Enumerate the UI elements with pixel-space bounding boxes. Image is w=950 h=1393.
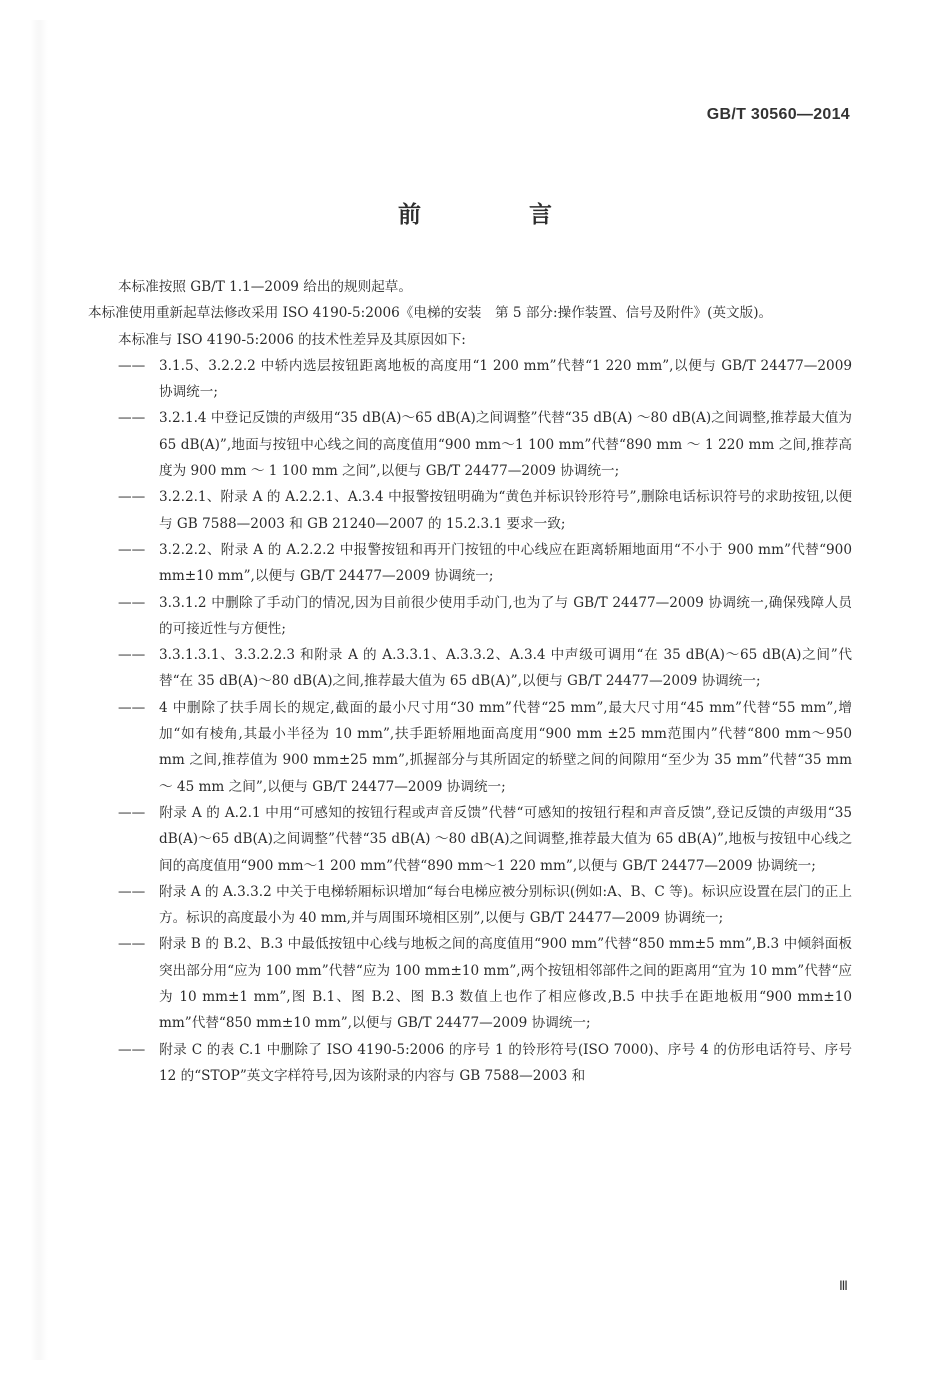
- dash-bullet: ——: [118, 695, 159, 721]
- dash-bullet: ——: [118, 537, 159, 563]
- list-item: ——附录 A 的 A.2.1 中用“可感知的按钮行程或声音反馈”代替“可感知的按…: [159, 800, 852, 879]
- list-item-text: 3.2.2.2、附录 A 的 A.2.2.2 中报警按钮和再开门按钮的中心线应在…: [159, 542, 852, 584]
- dash-bullet: ——: [118, 1037, 159, 1063]
- list-item: ——3.3.1.2 中删除了手动门的情况,因为目前很少使用手动门,也为了与 GB…: [159, 590, 852, 643]
- list-item-text: 3.2.1.4 中登记反馈的声级用“35 dB(A)～65 dB(A)之间调整”…: [159, 410, 852, 479]
- list-item: ——3.2.2.1、附录 A 的 A.2.2.1、A.3.4 中报警按钮明确为“…: [159, 484, 852, 537]
- list-item-text: 附录 A 的 A.2.1 中用“可感知的按钮行程或声音反馈”代替“可感知的按钮行…: [159, 805, 852, 874]
- intro-paragraph-3: 本标准与 ISO 4190-5:2006 的技术性差异及其原因如下:: [118, 327, 852, 353]
- list-item-text: 3.3.1.3.1、3.3.2.2.3 和附录 A 的 A.3.3.1、A.3.…: [159, 647, 852, 689]
- list-item: ——3.1.5、3.2.2.2 中轿内选层按钮距离地板的高度用“1 200 mm…: [159, 353, 852, 406]
- list-item: ——附录 C 的表 C.1 中删除了 ISO 4190-5:2006 的序号 1…: [159, 1037, 852, 1090]
- dash-bullet: ——: [118, 353, 159, 379]
- document-body: 本标准按照 GB/T 1.1—2009 给出的规则起草。 本标准使用重新起草法修…: [118, 274, 852, 1089]
- list-item-text: 附录 A 的 A.3.3.2 中关于电梯轿厢标识增加“每台电梯应被分别标识(例如…: [159, 884, 852, 926]
- list-item-text: 4 中删除了扶手周长的规定,截面的最小尺寸用“30 mm”代替“25 mm”,最…: [159, 700, 852, 795]
- dash-bullet: ——: [118, 800, 159, 826]
- intro-paragraph-1: 本标准按照 GB/T 1.1—2009 给出的规则起草。: [118, 274, 852, 300]
- dash-bullet: ——: [118, 931, 159, 957]
- dash-bullet: ——: [118, 642, 159, 668]
- dash-bullet: ——: [118, 484, 159, 510]
- standard-code-header: GB/T 30560—2014: [707, 106, 850, 124]
- list-item-text: 附录 B 的 B.2、B.3 中最低按钮中心线与地板之间的高度值用“900 mm…: [159, 936, 852, 1031]
- list-item-text: 3.3.1.2 中删除了手动门的情况,因为目前很少使用手动门,也为了与 GB/T…: [159, 595, 852, 637]
- list-item: ——3.3.1.3.1、3.3.2.2.3 和附录 A 的 A.3.3.1、A.…: [159, 642, 852, 695]
- list-item-text: 3.1.5、3.2.2.2 中轿内选层按钮距离地板的高度用“1 200 mm”代…: [159, 358, 852, 400]
- page-number: Ⅲ: [839, 1278, 848, 1294]
- list-item-text: 附录 C 的表 C.1 中删除了 ISO 4190-5:2006 的序号 1 的…: [159, 1042, 852, 1084]
- dash-bullet: ——: [118, 879, 159, 905]
- list-item: ——附录 B 的 B.2、B.3 中最低按钮中心线与地板之间的高度值用“900 …: [159, 931, 852, 1036]
- list-item: ——3.2.1.4 中登记反馈的声级用“35 dB(A)～65 dB(A)之间调…: [159, 405, 852, 484]
- intro-paragraph-2: 本标准使用重新起草法修改采用 ISO 4190-5:2006《电梯的安装 第 5…: [88, 300, 852, 326]
- list-item: ——3.2.2.2、附录 A 的 A.2.2.2 中报警按钮和再开门按钮的中心线…: [159, 537, 852, 590]
- page-title: 前 言: [0, 196, 950, 229]
- dash-bullet: ——: [118, 590, 159, 616]
- differences-list: ——3.1.5、3.2.2.2 中轿内选层按钮距离地板的高度用“1 200 mm…: [118, 353, 852, 1089]
- list-item: ——附录 A 的 A.3.3.2 中关于电梯轿厢标识增加“每台电梯应被分别标识(…: [159, 879, 852, 932]
- list-item-text: 3.2.2.1、附录 A 的 A.2.2.1、A.3.4 中报警按钮明确为“黄色…: [159, 489, 852, 531]
- dash-bullet: ——: [118, 405, 159, 431]
- list-item: ——4 中删除了扶手周长的规定,截面的最小尺寸用“30 mm”代替“25 mm”…: [159, 695, 852, 800]
